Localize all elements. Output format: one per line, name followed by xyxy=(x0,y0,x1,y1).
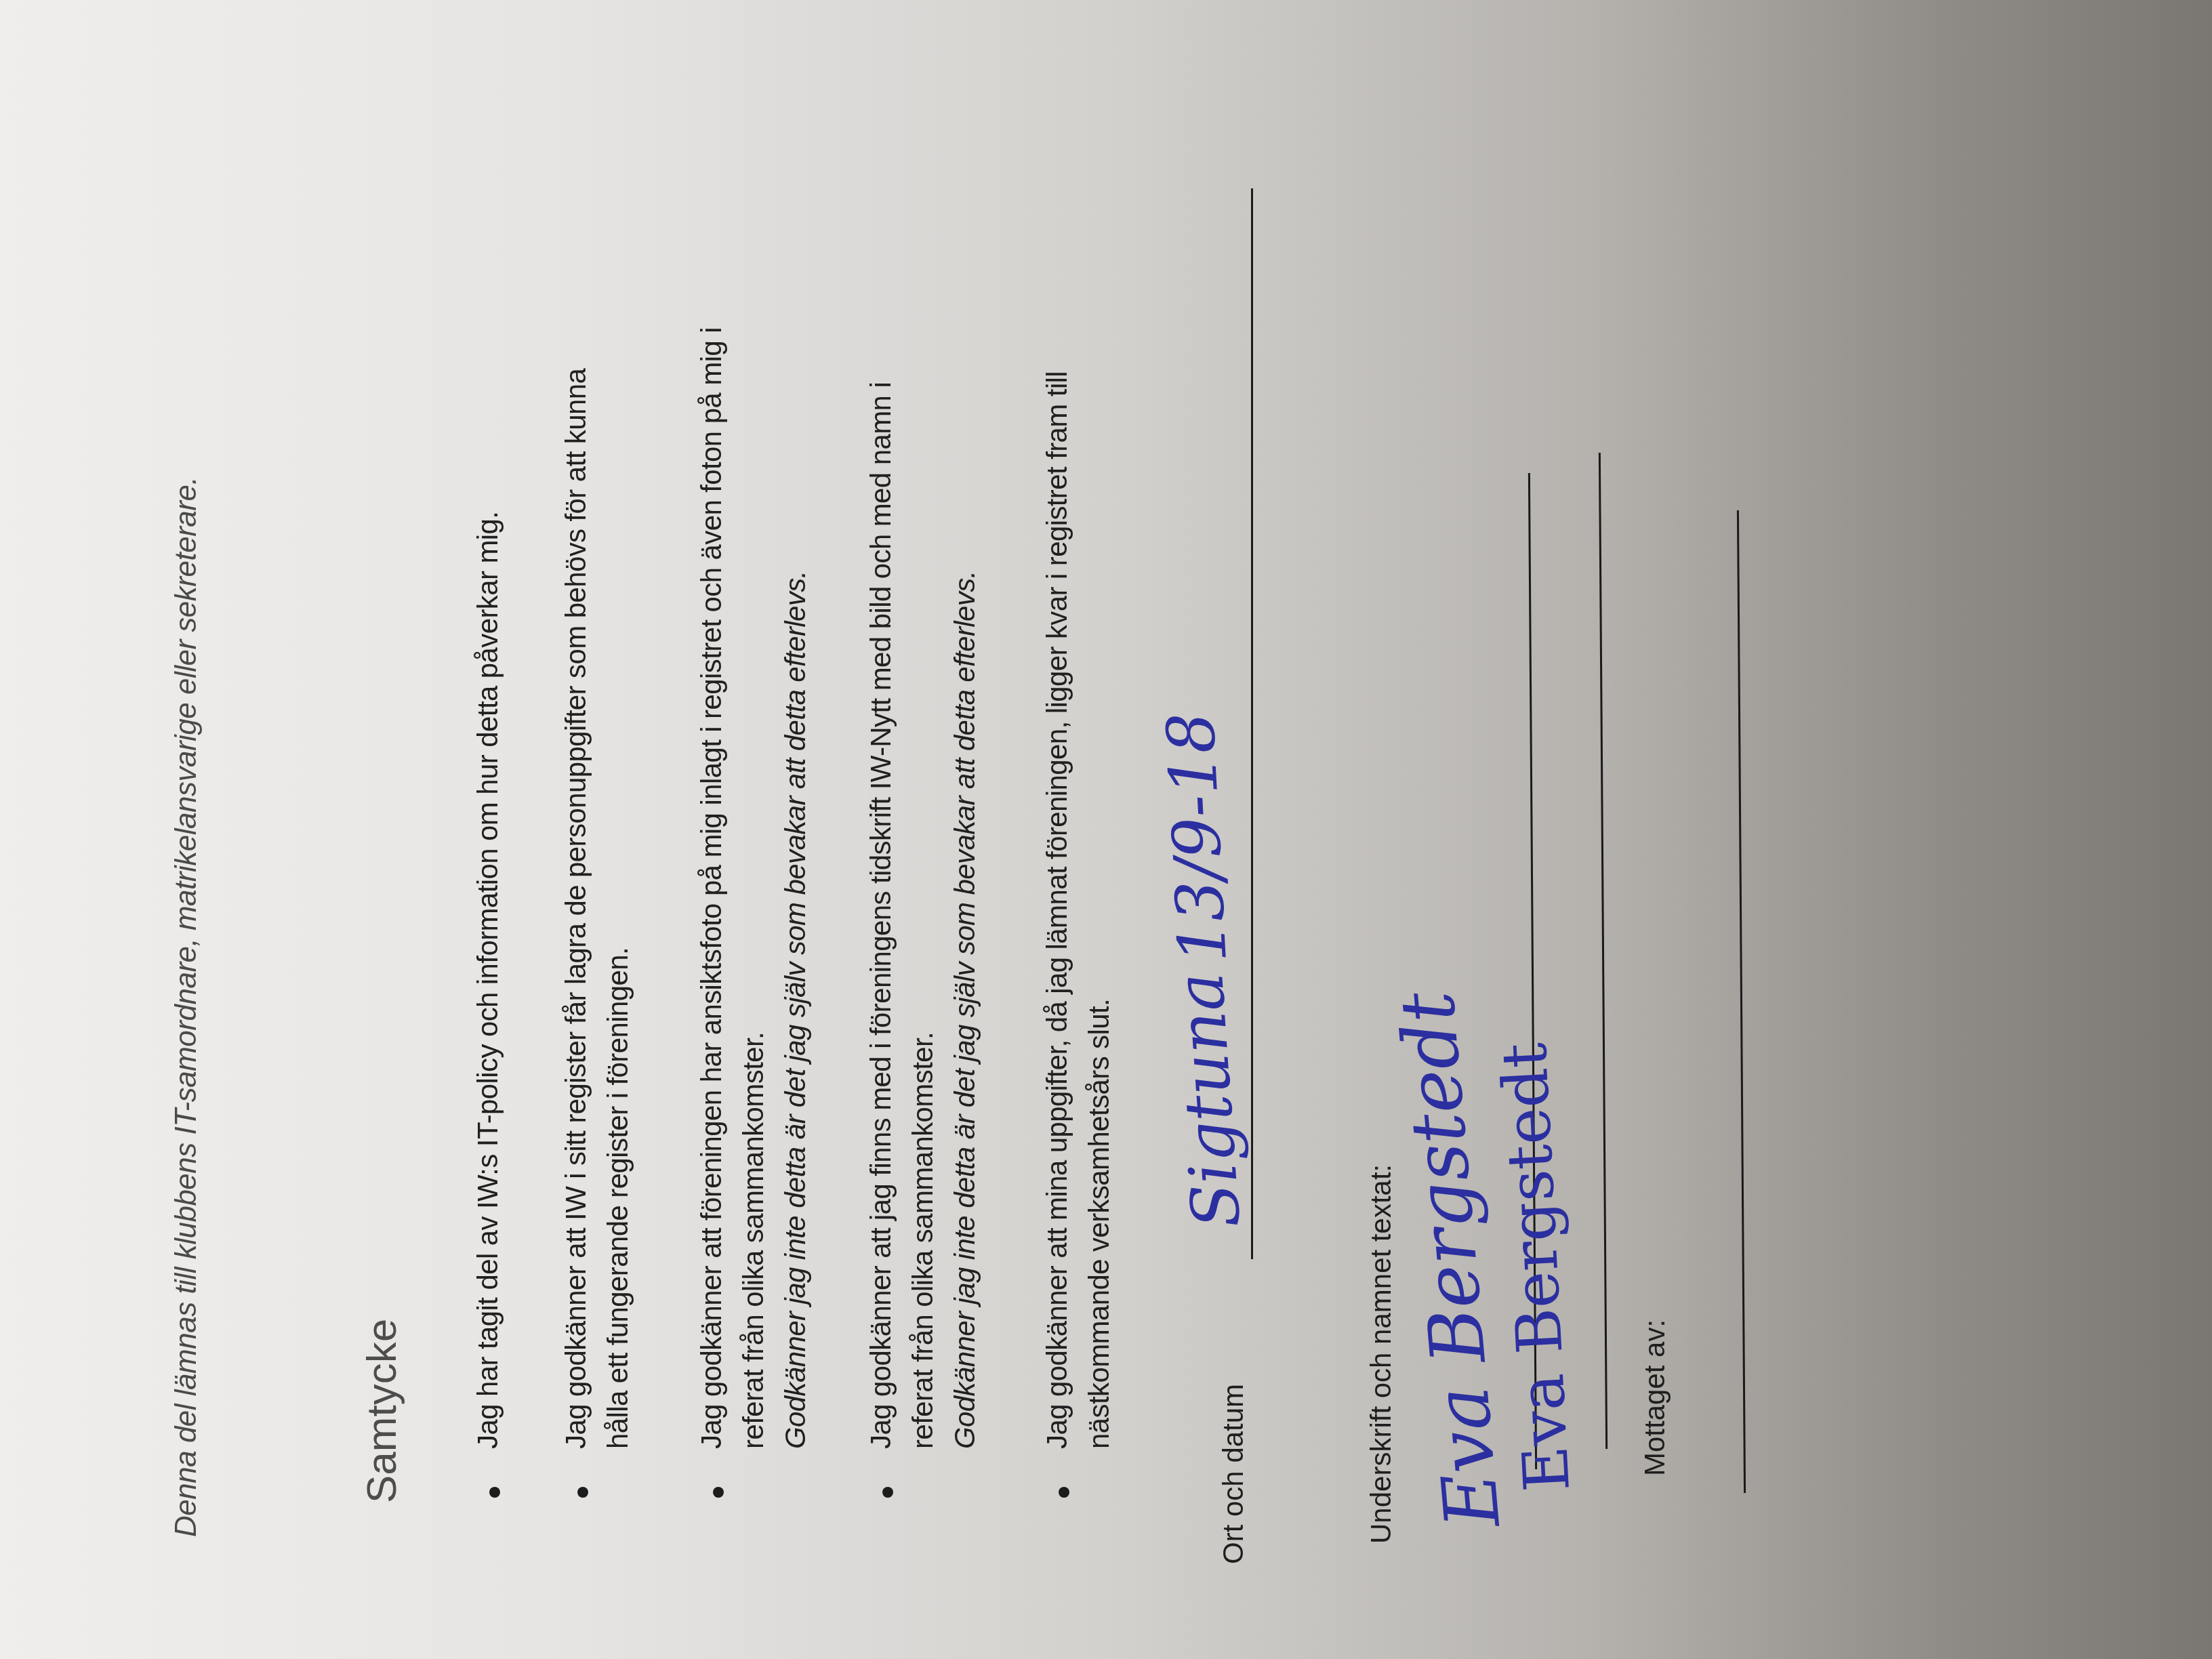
consent-item-1: Jag har tagit del av IW:s IT-policy och … xyxy=(472,512,504,1449)
place-date-label: Ort och datum xyxy=(1217,1384,1250,1564)
consent-item-2-line-1: Jag godkänner att IW i sitt register får… xyxy=(560,369,592,1449)
received-by-label: Mottaget av: xyxy=(1639,1319,1671,1476)
consent-item-5-line-2: nästkommande verksamhetsårs slut. xyxy=(1083,999,1115,1449)
consent-item-2-line-2: hålla ett fungerande register i förening… xyxy=(602,947,634,1449)
received-by-line[interactable] xyxy=(1737,510,1746,1493)
consent-form-page: Denna del lämnas till klubbens IT-samord… xyxy=(0,0,2212,1659)
consent-item-4-note: Godkänner jag inte detta är det jag själ… xyxy=(949,571,981,1449)
place-date-line[interactable] xyxy=(1251,188,1253,1259)
consent-item-4-line-2: referat från olika sammankomster. xyxy=(907,1032,939,1449)
consent-item-3-line-2: referat från olika sammankomster. xyxy=(737,1032,770,1449)
bullet-icon xyxy=(577,1487,588,1498)
consent-item-4-line-1: Jag godkänner att jag finns med i föreni… xyxy=(865,382,897,1449)
printed-name-line[interactable] xyxy=(1599,453,1607,1449)
consent-item-3-note: Godkänner jag inte detta är det jag själ… xyxy=(779,571,812,1449)
page-title: Samtycke xyxy=(358,1319,406,1503)
consent-item-3-line-1: Jag godkänner att föreningen har ansikts… xyxy=(695,327,728,1449)
bullet-icon xyxy=(489,1487,500,1498)
consent-item-5-line-1: Jag godkänner att mina uppgifter, då jag… xyxy=(1041,371,1073,1449)
signature-label: Underskrift och namnet textat: xyxy=(1365,1164,1397,1544)
bullet-icon xyxy=(713,1487,724,1498)
handwritten-place: Sigtuna xyxy=(1162,970,1255,1231)
handwritten-date: 13/9-18 xyxy=(1153,710,1242,965)
intro-note: Denna del lämnas till klubbens IT-samord… xyxy=(169,477,203,1537)
bullet-icon xyxy=(1059,1487,1069,1498)
bullet-icon xyxy=(882,1487,893,1498)
